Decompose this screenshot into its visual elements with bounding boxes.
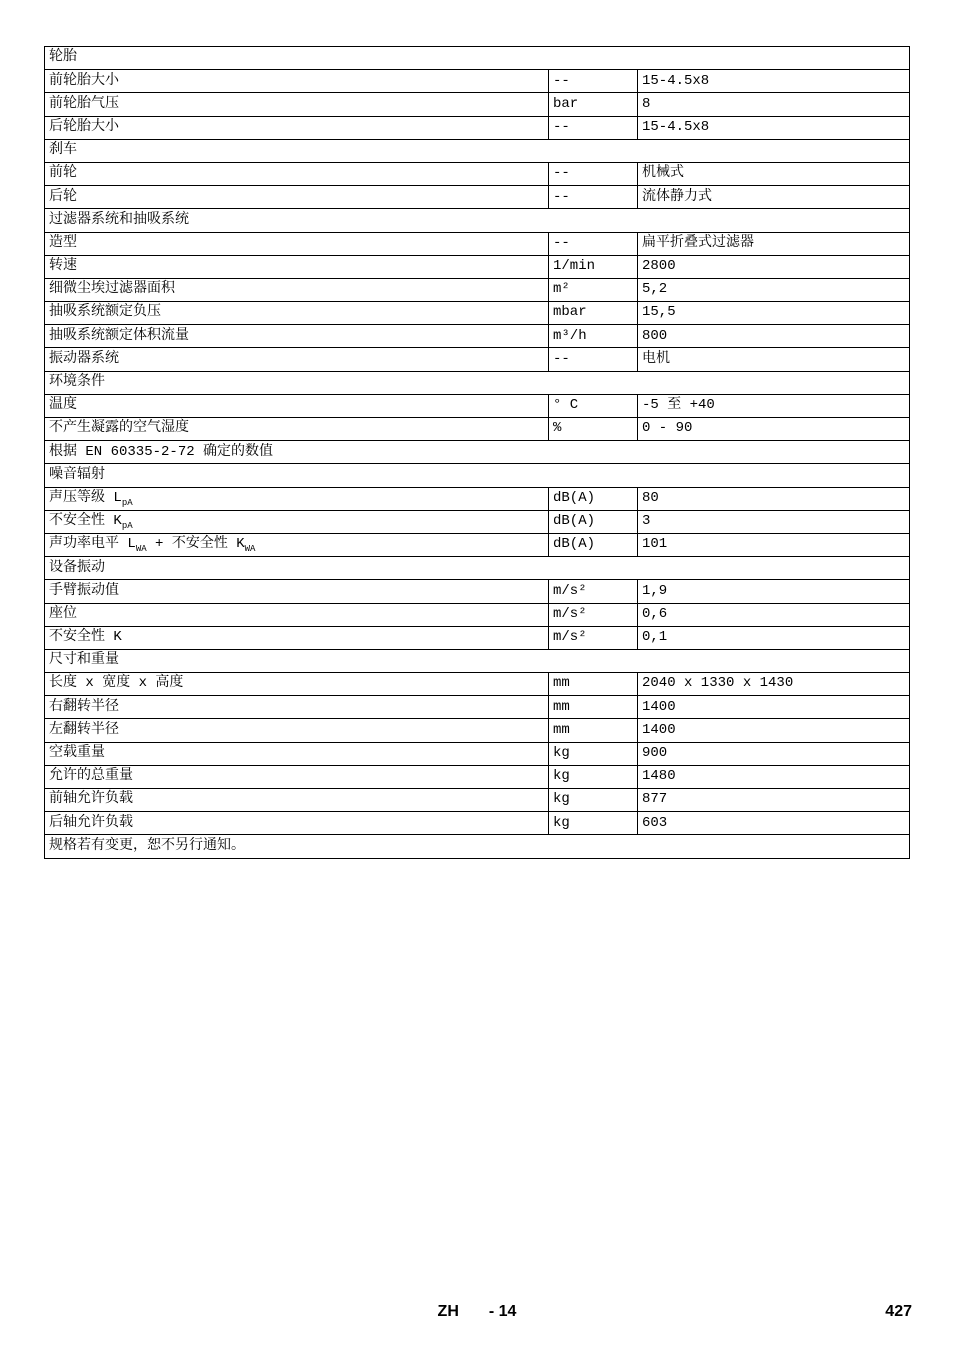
table-row: 声压等级 LpAdB(A)80 xyxy=(45,487,910,510)
table-row: 后轮胎大小--15-4.5x8 xyxy=(45,116,910,139)
section-row: 噪音辐射 xyxy=(45,464,910,487)
spec-value-cell: 1480 xyxy=(638,765,910,788)
section-label-cell: 轮胎 xyxy=(45,47,910,70)
footer-page-label: - 14 xyxy=(489,1303,517,1321)
spec-label-subscript: pA xyxy=(122,498,133,508)
spec-unit-cell: mm xyxy=(549,719,638,742)
table-row: 后轴允许负载kg603 xyxy=(45,812,910,835)
table-row: 左翻转半径mm1400 xyxy=(45,719,910,742)
table-row: 细微尘埃过滤器面积m²5,2 xyxy=(45,278,910,301)
spec-unit-cell: -- xyxy=(549,70,638,93)
spec-value-cell: 2800 xyxy=(638,255,910,278)
spec-value-cell: 扁平折叠式过滤器 xyxy=(638,232,910,255)
spec-unit-cell: m² xyxy=(549,278,638,301)
section-label-cell: 刹车 xyxy=(45,139,910,162)
footer-page-number: 427 xyxy=(885,1303,912,1321)
spec-label-cell: 抽吸系统额定负压 xyxy=(45,302,549,325)
spec-unit-cell: 1/min xyxy=(549,255,638,278)
spec-label-text: 声功率电平 L xyxy=(49,536,136,552)
spec-value-cell: 5,2 xyxy=(638,278,910,301)
spec-unit-cell: -- xyxy=(549,116,638,139)
spec-value-cell: 603 xyxy=(638,812,910,835)
spec-unit-cell: ° C xyxy=(549,394,638,417)
footer: ZH - 14 xyxy=(0,1303,954,1321)
section-label-cell: 环境条件 xyxy=(45,371,910,394)
spec-label-cell: 前轮胎大小 xyxy=(45,70,549,93)
table-row: 声功率电平 LWA + 不安全性 KWAdB(A)101 xyxy=(45,533,910,556)
spec-label-cell: 声压等级 LpA xyxy=(45,487,549,510)
spec-table: 轮胎前轮胎大小--15-4.5x8前轮胎气压bar8后轮胎大小--15-4.5x… xyxy=(44,46,910,859)
spec-label-text: 声压等级 L xyxy=(49,490,122,506)
spec-value-cell: 0 - 90 xyxy=(638,418,910,441)
table-row: 前轴允许负载kg877 xyxy=(45,789,910,812)
table-row: 前轮--机械式 xyxy=(45,162,910,185)
section-label-cell: 设备振动 xyxy=(45,557,910,580)
table-row: 座位m/s²0,6 xyxy=(45,603,910,626)
spec-label-cell: 左翻转半径 xyxy=(45,719,549,742)
spec-value-cell: 0,1 xyxy=(638,626,910,649)
spec-value-cell: 电机 xyxy=(638,348,910,371)
spec-label-text: + 不安全性 K xyxy=(147,536,245,552)
section-row: 环境条件 xyxy=(45,371,910,394)
spec-label-text: 不安全性 K xyxy=(49,513,122,529)
spec-value-cell: 2040 x 1330 x 1430 xyxy=(638,673,910,696)
section-row: 过滤器系统和抽吸系统 xyxy=(45,209,910,232)
table-row: 允许的总重量kg1480 xyxy=(45,765,910,788)
table-row: 不安全性 KpAdB(A)3 xyxy=(45,510,910,533)
spec-label-subscript: WA xyxy=(136,544,147,554)
spec-label-cell: 振动器系统 xyxy=(45,348,549,371)
spec-label-cell: 座位 xyxy=(45,603,549,626)
spec-unit-cell: mbar xyxy=(549,302,638,325)
spec-label-cell: 手臂振动值 xyxy=(45,580,549,603)
spec-unit-cell: kg xyxy=(549,765,638,788)
spec-value-cell: 0,6 xyxy=(638,603,910,626)
document-page: 轮胎前轮胎大小--15-4.5x8前轮胎气压bar8后轮胎大小--15-4.5x… xyxy=(0,0,954,1350)
section-row: 根据 EN 60335-2-72 确定的数值 xyxy=(45,441,910,464)
spec-unit-cell: bar xyxy=(549,93,638,116)
spec-value-cell: 877 xyxy=(638,789,910,812)
spec-value-cell: 15-4.5x8 xyxy=(638,70,910,93)
spec-table-body: 轮胎前轮胎大小--15-4.5x8前轮胎气压bar8后轮胎大小--15-4.5x… xyxy=(45,47,910,859)
spec-label-cell: 后轮胎大小 xyxy=(45,116,549,139)
spec-label-cell: 允许的总重量 xyxy=(45,765,549,788)
note-row: 规格若有变更，恕不另行通知。 xyxy=(45,835,910,858)
spec-value-cell: -5 至 +40 xyxy=(638,394,910,417)
spec-label-cell: 右翻转半径 xyxy=(45,696,549,719)
note-cell: 规格若有变更，恕不另行通知。 xyxy=(45,835,910,858)
spec-value-cell: 15-4.5x8 xyxy=(638,116,910,139)
spec-label-cell: 温度 xyxy=(45,394,549,417)
spec-label-cell: 转速 xyxy=(45,255,549,278)
spec-value-cell: 800 xyxy=(638,325,910,348)
section-label-cell: 噪音辐射 xyxy=(45,464,910,487)
spec-value-cell: 8 xyxy=(638,93,910,116)
spec-unit-cell: -- xyxy=(549,232,638,255)
spec-unit-cell: m/s² xyxy=(549,603,638,626)
table-row: 后轮--流体静力式 xyxy=(45,186,910,209)
spec-unit-cell: dB(A) xyxy=(549,533,638,556)
spec-label-subscript: pA xyxy=(122,521,133,531)
section-row: 设备振动 xyxy=(45,557,910,580)
spec-value-cell: 1400 xyxy=(638,696,910,719)
section-label-cell: 过滤器系统和抽吸系统 xyxy=(45,209,910,232)
spec-label-cell: 前轮 xyxy=(45,162,549,185)
table-row: 空载重量kg900 xyxy=(45,742,910,765)
spec-unit-cell: kg xyxy=(549,742,638,765)
table-row: 造型--扁平折叠式过滤器 xyxy=(45,232,910,255)
table-row: 抽吸系统额定负压mbar15,5 xyxy=(45,302,910,325)
section-label-cell: 尺寸和重量 xyxy=(45,649,910,672)
spec-value-cell: 机械式 xyxy=(638,162,910,185)
section-row: 尺寸和重量 xyxy=(45,649,910,672)
table-row: 转速1/min2800 xyxy=(45,255,910,278)
spec-unit-cell: m/s² xyxy=(549,626,638,649)
spec-unit-cell: -- xyxy=(549,186,638,209)
table-row: 不安全性 Km/s²0,1 xyxy=(45,626,910,649)
spec-label-cell: 细微尘埃过滤器面积 xyxy=(45,278,549,301)
spec-value-cell: 流体静力式 xyxy=(638,186,910,209)
section-row: 刹车 xyxy=(45,139,910,162)
spec-unit-cell: -- xyxy=(549,348,638,371)
spec-label-cell: 不安全性 K xyxy=(45,626,549,649)
table-row: 前轮胎气压bar8 xyxy=(45,93,910,116)
spec-unit-cell: dB(A) xyxy=(549,487,638,510)
spec-label-cell: 声功率电平 LWA + 不安全性 KWA xyxy=(45,533,549,556)
spec-unit-cell: dB(A) xyxy=(549,510,638,533)
spec-unit-cell: m/s² xyxy=(549,580,638,603)
spec-label-cell: 前轴允许负载 xyxy=(45,789,549,812)
table-row: 振动器系统--电机 xyxy=(45,348,910,371)
spec-value-cell: 80 xyxy=(638,487,910,510)
footer-language-code: ZH xyxy=(438,1303,459,1321)
table-row: 右翻转半径mm1400 xyxy=(45,696,910,719)
table-row: 长度 x 宽度 x 高度mm2040 x 1330 x 1430 xyxy=(45,673,910,696)
spec-unit-cell: kg xyxy=(549,812,638,835)
spec-unit-cell: % xyxy=(549,418,638,441)
spec-label-cell: 抽吸系统额定体积流量 xyxy=(45,325,549,348)
spec-label-cell: 不产生凝露的空气湿度 xyxy=(45,418,549,441)
table-row: 不产生凝露的空气湿度%0 - 90 xyxy=(45,418,910,441)
spec-value-cell: 1400 xyxy=(638,719,910,742)
table-row: 前轮胎大小--15-4.5x8 xyxy=(45,70,910,93)
spec-label-cell: 后轮 xyxy=(45,186,549,209)
table-row: 手臂振动值m/s²1,9 xyxy=(45,580,910,603)
section-row: 轮胎 xyxy=(45,47,910,70)
table-row: 抽吸系统额定体积流量m³/h800 xyxy=(45,325,910,348)
table-row: 温度° C-5 至 +40 xyxy=(45,394,910,417)
spec-value-cell: 1,9 xyxy=(638,580,910,603)
spec-label-cell: 不安全性 KpA xyxy=(45,510,549,533)
spec-unit-cell: -- xyxy=(549,162,638,185)
spec-unit-cell: mm xyxy=(549,696,638,719)
spec-value-cell: 900 xyxy=(638,742,910,765)
spec-label-cell: 造型 xyxy=(45,232,549,255)
spec-label-subscript: WA xyxy=(245,544,256,554)
spec-unit-cell: m³/h xyxy=(549,325,638,348)
spec-label-cell: 长度 x 宽度 x 高度 xyxy=(45,673,549,696)
spec-value-cell: 3 xyxy=(638,510,910,533)
spec-label-cell: 空载重量 xyxy=(45,742,549,765)
spec-label-cell: 前轮胎气压 xyxy=(45,93,549,116)
section-label-cell: 根据 EN 60335-2-72 确定的数值 xyxy=(45,441,910,464)
spec-unit-cell: mm xyxy=(549,673,638,696)
spec-value-cell: 15,5 xyxy=(638,302,910,325)
spec-unit-cell: kg xyxy=(549,789,638,812)
spec-label-cell: 后轴允许负载 xyxy=(45,812,549,835)
spec-value-cell: 101 xyxy=(638,533,910,556)
